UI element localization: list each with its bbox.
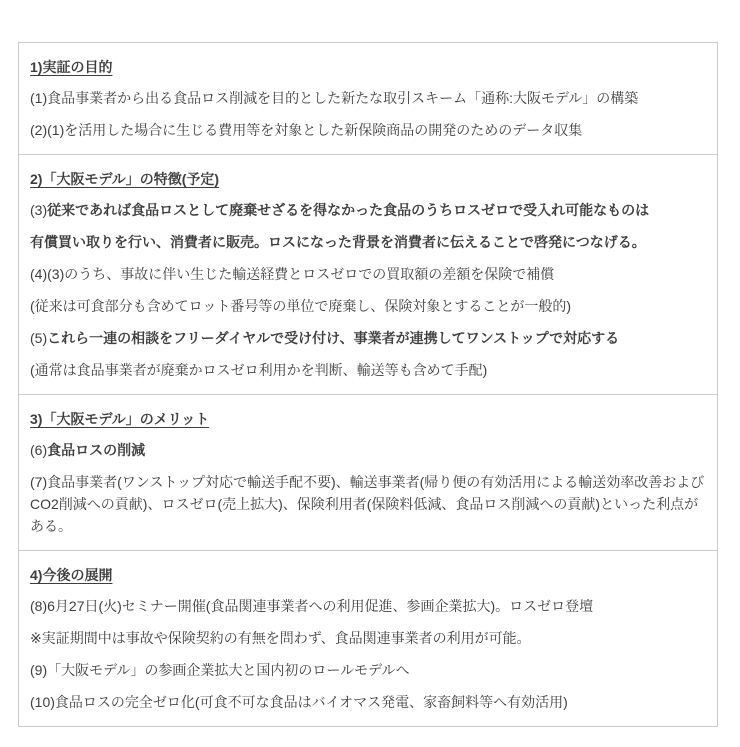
section-2-heading: 2)「大阪モデル」の特徴(予定)	[30, 168, 706, 190]
section-1-heading: 1)実証の目的	[30, 56, 706, 78]
section-4-heading: 4)今後の展開	[30, 564, 706, 586]
body-line: (10)食品ロスの完全ゼロ化(可食不可な食品はバイオマス発電、家畜飼料等へ有効活…	[30, 691, 706, 713]
item-text: 有償買い取りを行い、消費者に販売。ロスになった背景を消費者に伝えることで啓発につ…	[30, 234, 646, 250]
body-line: (4)(3)のうち、事故に伴い生じた輸送経費とロスゼロでの買取額の差額を保険で補…	[30, 263, 706, 285]
item-number: (1)	[30, 90, 47, 106]
item-text: ※実証期間中は事故や保険契約の有無を問わず、食品関連事業者の利用が可能。	[30, 630, 531, 646]
section-1-purpose: 1)実証の目的 (1)食品事業者から出る食品ロス削減を目的とした新たな取引スキー…	[19, 43, 717, 154]
body-line: (8)6月27日(火)セミナー開催(食品関連事業者への利用促進、参画企業拡大)。…	[30, 595, 706, 617]
item-number: (7)	[30, 474, 47, 490]
body-line: (2)(1)を活用した場合に生じる費用等を対象とした新保険商品の開発のためのデー…	[30, 119, 706, 141]
item-number: (5)	[30, 330, 47, 346]
body-line: (5)これら一連の相談をフリーダイヤルで受け付け、事業者が連携してワンストップで…	[30, 327, 706, 349]
item-text: 6月27日(火)セミナー開催(食品関連事業者への利用促進、参画企業拡大)。ロスゼ…	[47, 598, 593, 614]
item-text: 食品事業者から出る食品ロス削減を目的とした新たな取引スキーム「通称:大阪モデル」…	[47, 90, 638, 106]
item-number: (8)	[30, 598, 47, 614]
item-text: (1)を活用した場合に生じる費用等を対象とした新保険商品の開発のためのデータ収集	[47, 122, 582, 138]
section-2-features: 2)「大阪モデル」の特徴(予定) (3)従来であれば食品ロスとして廃棄せざるを得…	[19, 154, 717, 394]
body-line: ※実証期間中は事故や保険契約の有無を問わず、食品関連事業者の利用が可能。	[30, 627, 706, 649]
section-3-heading: 3)「大阪モデル」のメリット	[30, 408, 706, 430]
item-text: 食品事業者(ワンストップ対応で輸送手配不要)、輸送事業者(帰り便の有効活用による…	[30, 474, 704, 534]
item-text: 食品ロスの完全ゼロ化(可食不可な食品はバイオマス発電、家畜飼料等へ有効活用)	[55, 694, 568, 710]
section-4-future: 4)今後の展開 (8)6月27日(火)セミナー開催(食品関連事業者への利用促進、…	[19, 550, 717, 726]
item-text: 「大阪モデル」の参画企業拡大と国内初のロールモデルへ	[47, 662, 409, 678]
body-line: (1)食品事業者から出る食品ロス削減を目的とした新たな取引スキーム「通称:大阪モ…	[30, 87, 706, 109]
item-text: (従来は可食部分も含めてロット番号等の単位で廃棄し、保険対象とすることが一般的)	[30, 298, 571, 314]
item-text: 食品ロスの削減	[47, 442, 145, 458]
item-number: (9)	[30, 662, 47, 678]
section-3-merits: 3)「大阪モデル」のメリット (6)食品ロスの削減 (7)食品事業者(ワンストッ…	[19, 394, 717, 550]
item-number: (4)	[30, 266, 47, 282]
body-line: (9)「大阪モデル」の参画企業拡大と国内初のロールモデルへ	[30, 659, 706, 681]
item-text: (3)のうち、事故に伴い生じた輸送経費とロスゼロでの買取額の差額を保険で補償	[47, 266, 554, 282]
body-line: (6)食品ロスの削減	[30, 439, 706, 461]
body-line: (7)食品事業者(ワンストップ対応で輸送手配不要)、輸送事業者(帰り便の有効活用…	[30, 471, 706, 537]
item-number: (10)	[30, 694, 55, 710]
body-line: (従来は可食部分も含めてロット番号等の単位で廃棄し、保険対象とすることが一般的)	[30, 295, 706, 317]
body-line: 有償買い取りを行い、消費者に販売。ロスになった背景を消費者に伝えることで啓発につ…	[30, 231, 706, 253]
item-text: (通常は食品事業者が廃棄かロスゼロ利用かを判断、輸送等も含めて手配)	[30, 362, 487, 378]
press-release-body: 1)実証の目的 (1)食品事業者から出る食品ロス削減を目的とした新たな取引スキー…	[18, 42, 718, 727]
body-line: (通常は食品事業者が廃棄かロスゼロ利用かを判断、輸送等も含めて手配)	[30, 359, 706, 381]
item-number: (2)	[30, 122, 47, 138]
item-text: これら一連の相談をフリーダイヤルで受け付け、事業者が連携してワンストップで対応す…	[47, 330, 619, 346]
item-text: 従来であれば食品ロスとして廃棄せざるを得なかった食品のうちロスゼロで受入れ可能な…	[47, 202, 649, 218]
item-number: (3)	[30, 202, 47, 218]
body-line: (3)従来であれば食品ロスとして廃棄せざるを得なかった食品のうちロスゼロで受入れ…	[30, 199, 706, 221]
item-number: (6)	[30, 442, 47, 458]
